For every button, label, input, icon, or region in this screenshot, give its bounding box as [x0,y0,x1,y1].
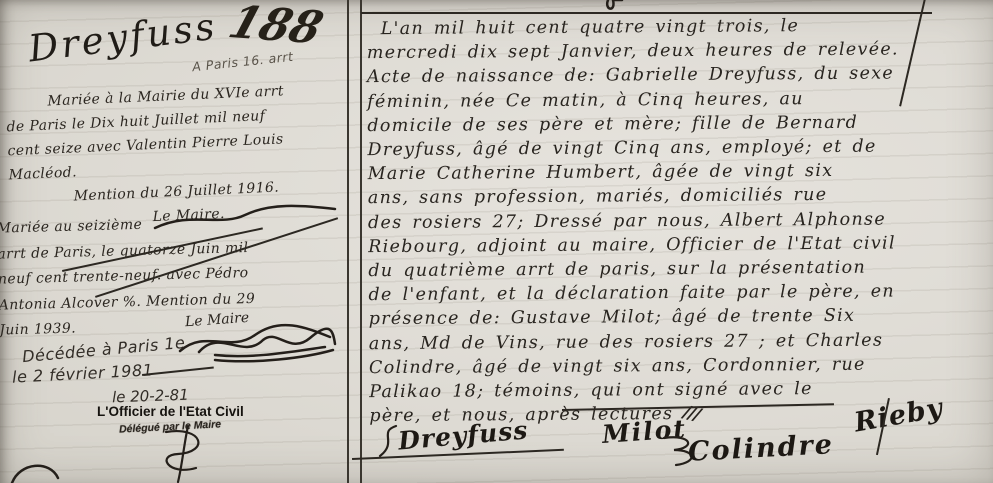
margin-surname: Dreyfuss [26,5,219,71]
cut-off-bottom-glyph [8,458,68,483]
signature-witness-colindre: Colindre [687,429,834,468]
act-number: 188 [223,0,329,54]
birth-act-text: L'an mil huit cent quatre vingt trois, l… [367,13,992,429]
act-line: mercredi dix sept Janvier, deux heures d… [367,37,989,66]
margin-column-rule-outer [347,0,349,483]
death-note-signature-flourish [175,325,335,357]
officer-1981-signature-flourish [148,424,233,482]
pencil-arrondissement-note: A Paris 16. arrt [191,49,294,75]
margin-column-rule-inner [360,0,362,483]
cut-off-header-glyph [598,0,638,14]
register-page-scan: Dreyfuss 188 A Paris 16. arrt Mariée à l… [0,0,993,483]
officer-stamp-line1: L'Officier de l'Etat Civil [97,404,244,420]
